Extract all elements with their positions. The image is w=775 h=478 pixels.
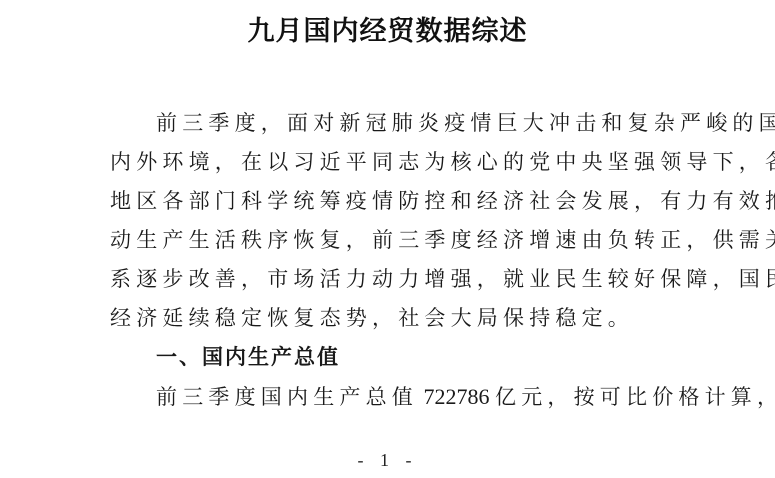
paragraph-line: 动生产生活秩序恢复，前三季度经济增速由负转正，供需关 bbox=[110, 221, 666, 260]
paragraph-line: 经济延续稳定恢复态势，社会大局保持稳定。 bbox=[110, 299, 666, 338]
paragraph-line: 内外环境，在以习近平同志为核心的党中央坚强领导下，各 bbox=[110, 143, 666, 182]
page-number: - 1 - bbox=[0, 450, 775, 471]
paragraph-line: 地区各部门科学统筹疫情防控和经济社会发展，有力有效推 bbox=[110, 182, 666, 221]
gdp-text-before: 前三季度国内生产总值 bbox=[156, 385, 418, 409]
gdp-paragraph-line: 前三季度国内生产总值 722786 亿元，按可比价格计算， bbox=[110, 377, 666, 416]
paragraph-line: 系逐步改善，市场活力动力增强，就业民生较好保障，国民 bbox=[110, 260, 666, 299]
document-page: 九月国内经贸数据综述 前三季度，面对新冠肺炎疫情巨大冲击和复杂严峻的国 内外环境… bbox=[0, 0, 775, 478]
document-title: 九月国内经贸数据综述 bbox=[0, 14, 775, 50]
gdp-text-after: 亿元，按可比价格计算， bbox=[495, 385, 775, 409]
gdp-value: 722786 bbox=[418, 384, 495, 409]
paragraph-line: 前三季度，面对新冠肺炎疫情巨大冲击和复杂严峻的国 bbox=[110, 104, 666, 143]
document-body: 前三季度，面对新冠肺炎疫情巨大冲击和复杂严峻的国 内外环境，在以习近平同志为核心… bbox=[110, 104, 666, 416]
section-heading-gdp: 一、国内生产总值 bbox=[110, 338, 666, 377]
